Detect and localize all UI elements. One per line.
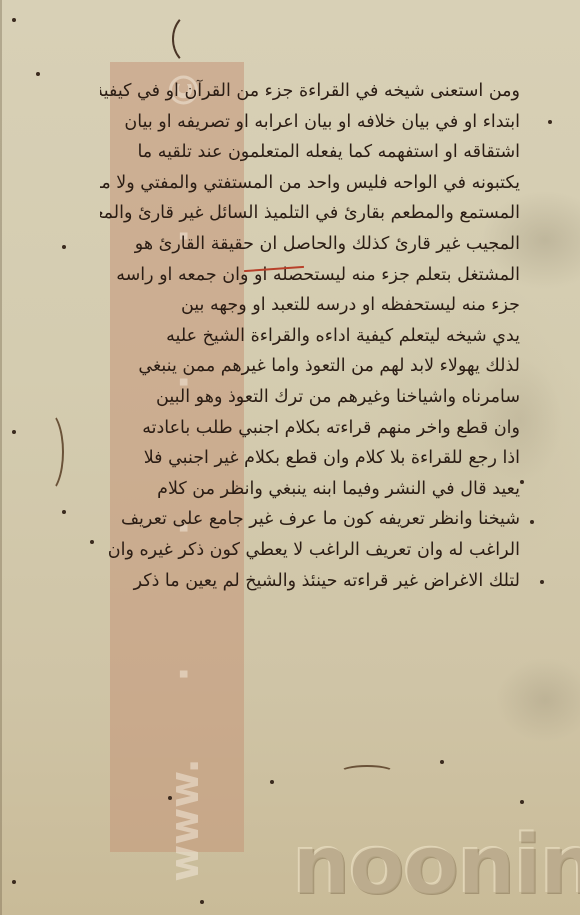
- manuscript-line: وان قطع واخر منهم قراءته بكلام اجنبي طلب…: [100, 413, 520, 444]
- manuscript-line: المشتغل بتعلم جزء منه ليستحصله او وان جم…: [100, 260, 520, 291]
- ink-spot: [62, 510, 66, 514]
- margin-ink-mark: [30, 410, 64, 494]
- manuscript-line: ابتداء او في بيان خلافه او بيان اعرابه ا…: [100, 107, 520, 138]
- paper-crease: [0, 0, 2, 915]
- ink-spot: [62, 245, 66, 249]
- ink-spot: [168, 796, 172, 800]
- watermark-footer: noonin: [292, 826, 580, 906]
- manuscript-line: الراغب له وان تعريف الراغب لا يعطي كون ذ…: [100, 535, 520, 566]
- manuscript-line: المستمع والمطعم بقارئ في التلميذ السائل …: [100, 198, 520, 229]
- manuscript-line: يعيد قال في النشر وفيما ابنه ينبغي وانظر…: [100, 474, 520, 505]
- ink-spot: [548, 120, 552, 124]
- margin-ink-mark: [172, 12, 216, 66]
- ink-spot: [270, 780, 274, 784]
- ink-spot: [90, 540, 94, 544]
- ink-spot: [12, 430, 16, 434]
- watermark-letter: ·: [165, 666, 205, 681]
- manuscript-line: اشتقاقه او استفهمه كما يفعله المتعلمون ع…: [100, 137, 520, 168]
- ink-spot: [530, 520, 534, 524]
- ink-spot: [520, 800, 524, 804]
- ink-spot: [440, 760, 444, 764]
- ink-spot: [540, 580, 544, 584]
- manuscript-line: ومن استعنى شيخه في القراءة جزء من القرآن…: [100, 76, 520, 107]
- manuscript-line: المجيب غير قارئ كذلك والحاصل ان حقيقة ال…: [100, 229, 520, 260]
- manuscript-line: يكتبونه في الواحه فليس واحد من المستفتي …: [100, 168, 520, 199]
- ink-spot: [36, 72, 40, 76]
- manuscript-line: لتلك الاغراض غير قراءته حينئذ والشيخ لم …: [100, 566, 520, 597]
- watermark-text: www.: [165, 758, 205, 882]
- ink-spot: [200, 900, 204, 904]
- manuscript-line: سامرناه واشياخنا وغيرهم من ترك التعوذ وه…: [100, 382, 520, 413]
- ink-spot: [520, 480, 524, 484]
- manuscript-line: جزء منه ليستحفظه او درسه للتعبد او وجهه …: [100, 290, 520, 321]
- margin-ink-mark: [340, 765, 394, 779]
- manuscript-line: شيخنا وانظر تعريفه كون ما عرف غير جامع ع…: [100, 504, 520, 535]
- manuscript-text: ومن استعنى شيخه في القراءة جزء من القرآن…: [100, 76, 520, 596]
- manuscript-line: اذا رجع للقراءة بلا كلام وان قطع بكلام غ…: [100, 443, 520, 474]
- manuscript-line: يدي شيخه ليتعلم كيفية اداءه والقراءة الش…: [100, 321, 520, 352]
- ink-spot: [12, 880, 16, 884]
- ink-spot: [12, 18, 16, 22]
- manuscript-page: © · · · · www. ومن استعنى شيخه في القراء…: [0, 0, 580, 915]
- manuscript-line: لذلك يهولاء لابد لهم من التعوذ واما غيره…: [100, 351, 520, 382]
